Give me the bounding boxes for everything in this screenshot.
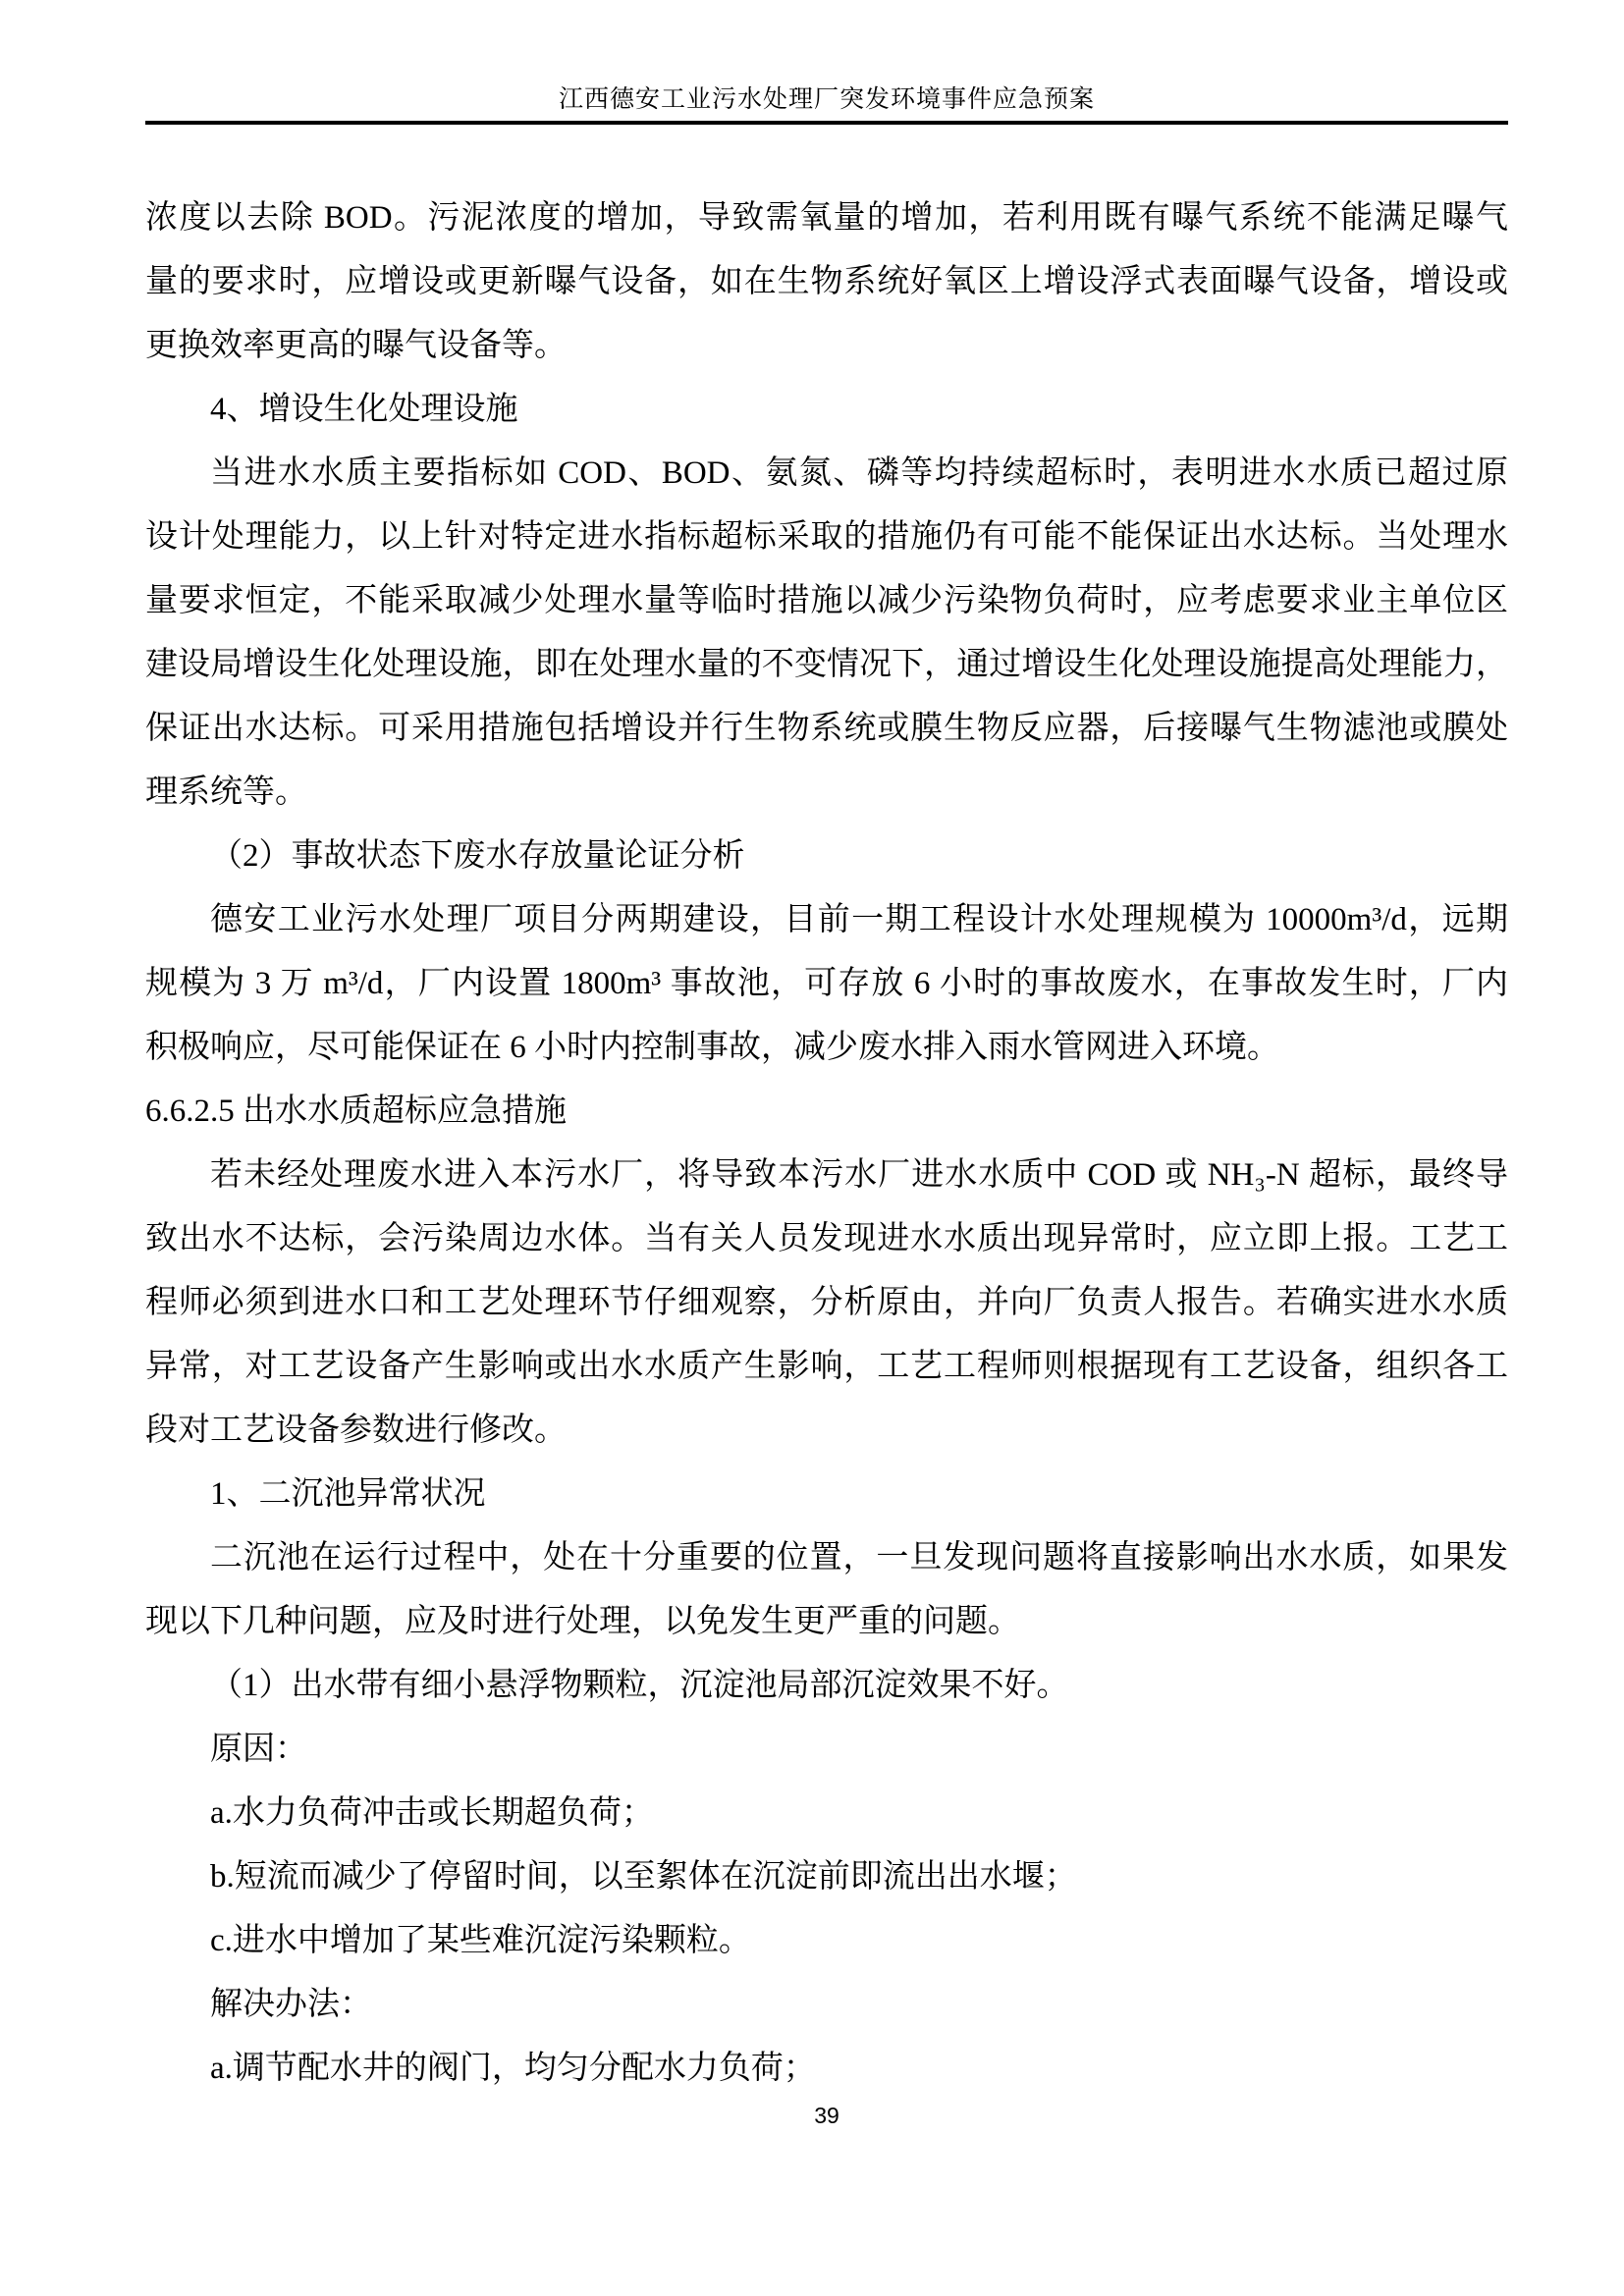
text-line: 理系统等。: [145, 761, 1508, 825]
text-line: 建设局增设生化处理设施，即在处理水量的不变情况下，通过增设生化处理设施提高处理能…: [145, 633, 1508, 697]
text-line: 量的要求时，应增设或更新曝气设备，如在生物系统好氧区上增设浮式表面曝气设备，增设…: [145, 250, 1508, 314]
label-solutions: 解决办法：: [145, 1973, 1508, 2037]
document-page: 江西德安工业污水处理厂突发环境事件应急预案 浓度以去除 BOD。污泥浓度的增加，…: [0, 0, 1624, 2296]
para-aeration-continuation: 浓度以去除 BOD。污泥浓度的增加，导致需氧量的增加，若利用既有曝气系统不能满足…: [145, 187, 1508, 378]
page-footer: 39: [145, 2101, 1508, 2130]
text-line: 规模为 3 万 m³/d，厂内设置 1800m³ 事故池，可存放 6 小时的事故…: [145, 952, 1508, 1016]
text-line: （1）出水带有细小悬浮物颗粒，沉淀池局部沉淀效果不好。: [145, 1654, 1508, 1718]
text-line: （2）事故状态下废水存放量论证分析: [145, 825, 1508, 888]
heading-item-1-clarifier: 1、二沉池异常状况: [145, 1463, 1508, 1526]
cause-a: a.水力负荷冲击或长期超负荷；: [145, 1782, 1508, 1845]
text-line: 保证出水达标。可采用措施包括增设并行生物系统或膜生物反应器，后接曝气生物滤池或膜…: [145, 697, 1508, 761]
text-line: 德安工业污水处理厂项目分两期建设，目前一期工程设计水处理规模为 10000m³/…: [145, 888, 1508, 952]
text-line: 更换效率更高的曝气设备等。: [145, 314, 1508, 378]
header-title: 江西德安工业污水处理厂突发环境事件应急预案: [145, 84, 1508, 116]
text-line: 段对工艺设备参数进行修改。: [145, 1399, 1508, 1463]
cause-c: c.进水中增加了某些难沉淀污染颗粒。: [145, 1909, 1508, 1973]
cause-b: b.短流而减少了停留时间，以至絮体在沉淀前即流出出水堰；: [145, 1845, 1508, 1909]
text-line: 4、增设生化处理设施: [145, 378, 1508, 442]
page-header: 江西德安工业污水处理厂突发环境事件应急预案: [145, 84, 1508, 125]
text-line: 设计处理能力，以上针对特定进水指标超标采取的措施仍有可能不能保证出水达标。当处理…: [145, 506, 1508, 569]
para-secondary-clarifier: 二沉池在运行过程中，处在十分重要的位置，一旦发现问题将直接影响出水水质，如果发现…: [145, 1526, 1508, 1654]
heading-accident-storage-analysis: （2）事故状态下废水存放量论证分析: [145, 825, 1508, 888]
heading-6-6-2-5: 6.6.2.5 出水水质超标应急措施: [145, 1080, 1508, 1144]
text-line: a.水力负荷冲击或长期超负荷；: [145, 1782, 1508, 1845]
text-line: 若未经处理废水进入本污水厂，将导致本污水厂进水水质中 COD 或 NH₃-N 超…: [145, 1144, 1508, 1207]
text-line: c.进水中增加了某些难沉淀污染颗粒。: [145, 1909, 1508, 1973]
para-effluent-exceedance: 若未经处理废水进入本污水厂，将导致本污水厂进水水质中 COD 或 NH₃-N 超…: [145, 1144, 1508, 1463]
document-body: 浓度以去除 BOD。污泥浓度的增加，导致需氧量的增加，若利用既有曝气系统不能满足…: [145, 187, 1508, 2101]
text-line: 致出水不达标，会污染周边水体。当有关人员发现进水水质出现异常时，应立即上报。工艺…: [145, 1207, 1508, 1271]
text-line: 程师必须到进水口和工艺处理环节仔细观察，分析原由，并向厂负责人报告。若确实进水水…: [145, 1271, 1508, 1335]
solution-a: a.调节配水井的阀门，均匀分配水力负荷；: [145, 2037, 1508, 2101]
para-influent-exceedance: 当进水水质主要指标如 COD、BOD、氨氮、磷等均持续超标时，表明进水水质已超过…: [145, 442, 1508, 825]
page-number: 39: [814, 2103, 839, 2128]
header-rule: [145, 121, 1508, 125]
text-line: 现以下几种问题，应及时进行处理，以免发生更严重的问题。: [145, 1590, 1508, 1654]
text-line: 积极响应，尽可能保证在 6 小时内控制事故，减少废水排入雨水管网进入环境。: [145, 1016, 1508, 1080]
label-causes: 原因：: [145, 1718, 1508, 1782]
item-problem-1: （1）出水带有细小悬浮物颗粒，沉淀池局部沉淀效果不好。: [145, 1654, 1508, 1718]
text-line: 异常，对工艺设备产生影响或出水水质产生影响，工艺工程师则根据现有工艺设备，组织各…: [145, 1335, 1508, 1399]
text-line: 1、二沉池异常状况: [145, 1463, 1508, 1526]
text-line: 解决办法：: [145, 1973, 1508, 2037]
text-line: 6.6.2.5 出水水质超标应急措施: [145, 1080, 1508, 1144]
text-line: b.短流而减少了停留时间，以至絮体在沉淀前即流出出水堰；: [145, 1845, 1508, 1909]
text-line: 量要求恒定，不能采取减少处理水量等临时措施以减少污染物负荷时，应考虑要求业主单位…: [145, 569, 1508, 633]
heading-item-4: 4、增设生化处理设施: [145, 378, 1508, 442]
para-accident-pool: 德安工业污水处理厂项目分两期建设，目前一期工程设计水处理规模为 10000m³/…: [145, 888, 1508, 1080]
text-line: 二沉池在运行过程中，处在十分重要的位置，一旦发现问题将直接影响出水水质，如果发: [145, 1526, 1508, 1590]
text-line: a.调节配水井的阀门，均匀分配水力负荷；: [145, 2037, 1508, 2101]
text-line: 浓度以去除 BOD。污泥浓度的增加，导致需氧量的增加，若利用既有曝气系统不能满足…: [145, 187, 1508, 250]
text-line: 原因：: [145, 1718, 1508, 1782]
text-line: 当进水水质主要指标如 COD、BOD、氨氮、磷等均持续超标时，表明进水水质已超过…: [145, 442, 1508, 506]
